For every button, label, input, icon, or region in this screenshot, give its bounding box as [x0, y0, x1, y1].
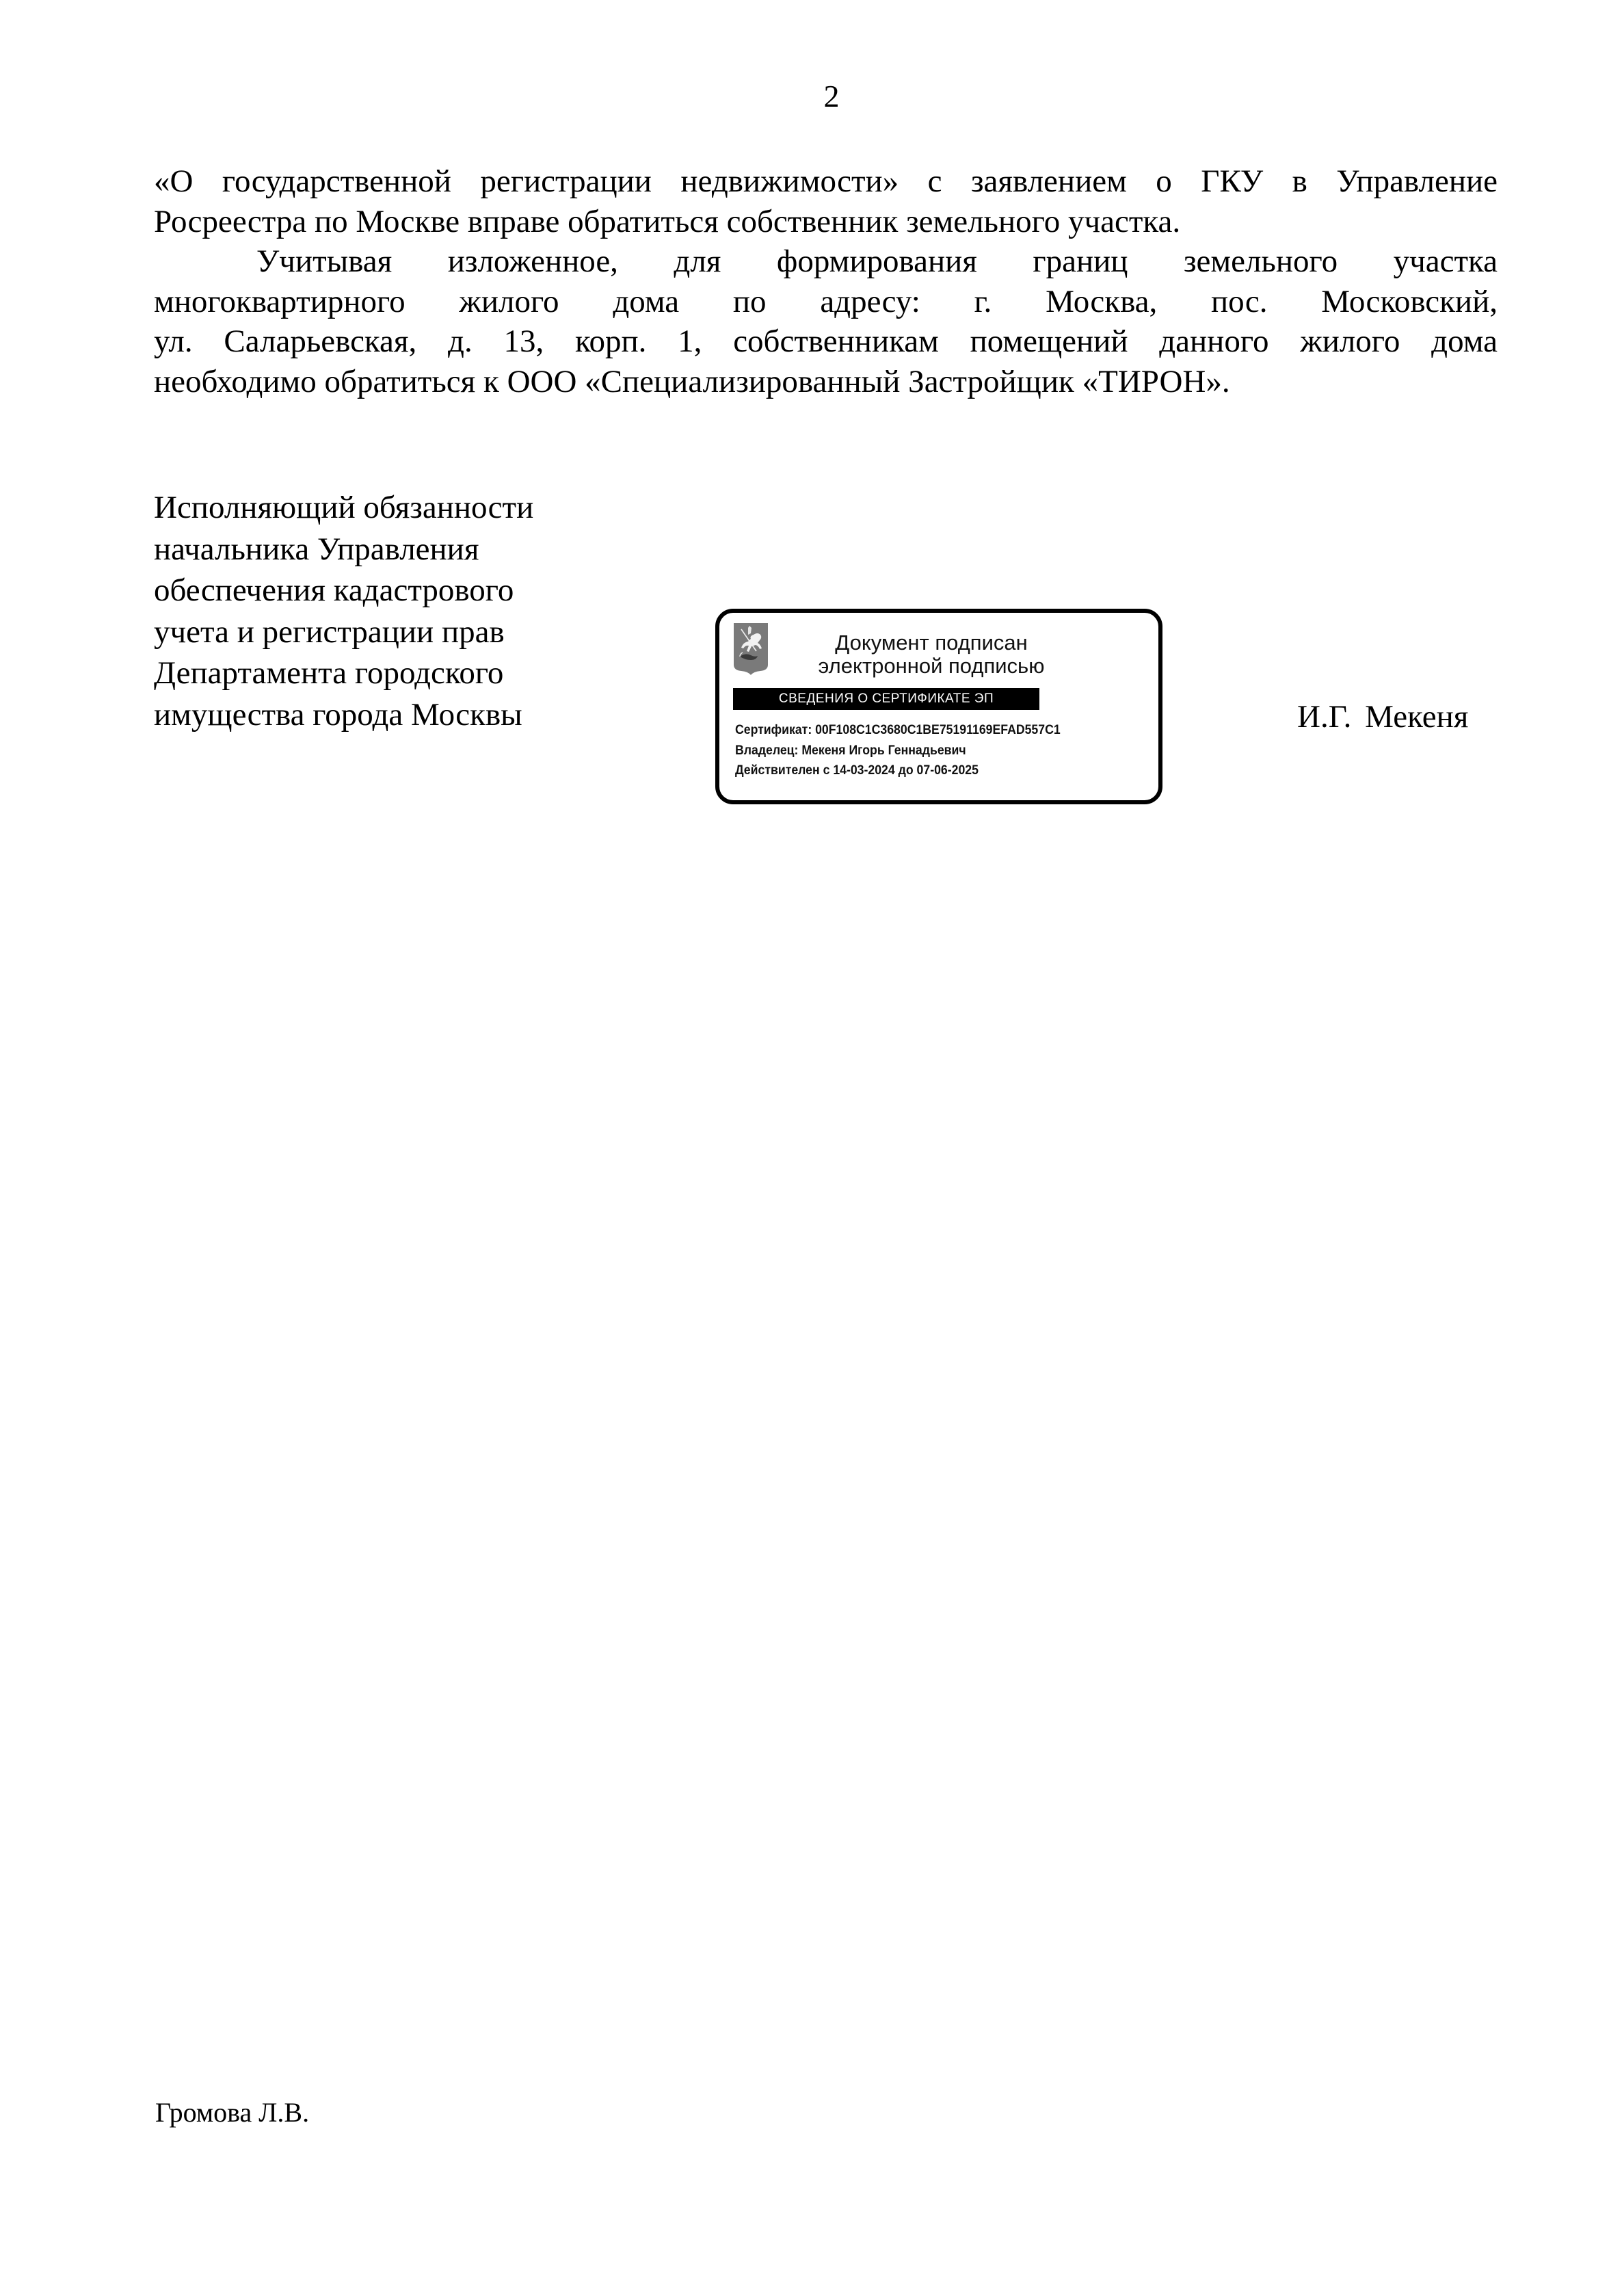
body-paragraphs: «О государственной регистрации недвижимо…	[154, 161, 1498, 401]
body-line: «О государственной регистрации недвижимо…	[154, 161, 1498, 202]
signer-position-line: Исполняющий обязанности	[154, 487, 701, 529]
signer-position-line: Департамента городского	[154, 652, 701, 694]
signer-name: И.Г. Мекеня	[1297, 696, 1468, 737]
body-line: Учитывая изложенное, для формирования гр…	[154, 241, 1498, 282]
body-line: необходимо обратиться к ООО «Специализир…	[154, 362, 1498, 402]
page-number: 2	[811, 81, 852, 112]
signer-position-line: имущества города Москвы	[154, 694, 701, 736]
certificate-number: Сертификат: 00F108C1C3680C1BE75191169EFA…	[735, 722, 1061, 739]
certificate-validity: Действителен с 14-03-2024 до 07-06-2025	[735, 763, 979, 779]
body-line: ул. Саларьевская, д. 13, корп. 1, собств…	[154, 321, 1498, 362]
stamp-subtitle: электронной подписью	[760, 654, 1102, 678]
certificate-info-bar: СВЕДЕНИЯ О СЕРТИФИКАТЕ ЭП	[733, 688, 1039, 710]
signer-position-line: начальника Управления	[154, 529, 701, 570]
electronic-signature-stamp: Документ подписан электронной подписью С…	[715, 609, 1162, 804]
signer-position: Исполняющий обязанности начальника Управ…	[154, 487, 701, 735]
document-page: 2 «О государственной регистрации недвижи…	[0, 0, 1622, 2296]
certificate-owner: Владелец: Мекеня Игорь Геннадьевич	[735, 743, 966, 759]
signer-position-line: учета и регистрации прав	[154, 611, 701, 653]
executor-name: Громова Л.В.	[155, 2097, 309, 2128]
signer-position-line: обеспечения кадастрового	[154, 570, 701, 611]
stamp-title: Документ подписан	[760, 631, 1102, 655]
body-line: многоквартирного жилого дома по адресу: …	[154, 282, 1498, 322]
body-line: Росреестра по Москве вправе обратиться с…	[154, 202, 1498, 242]
